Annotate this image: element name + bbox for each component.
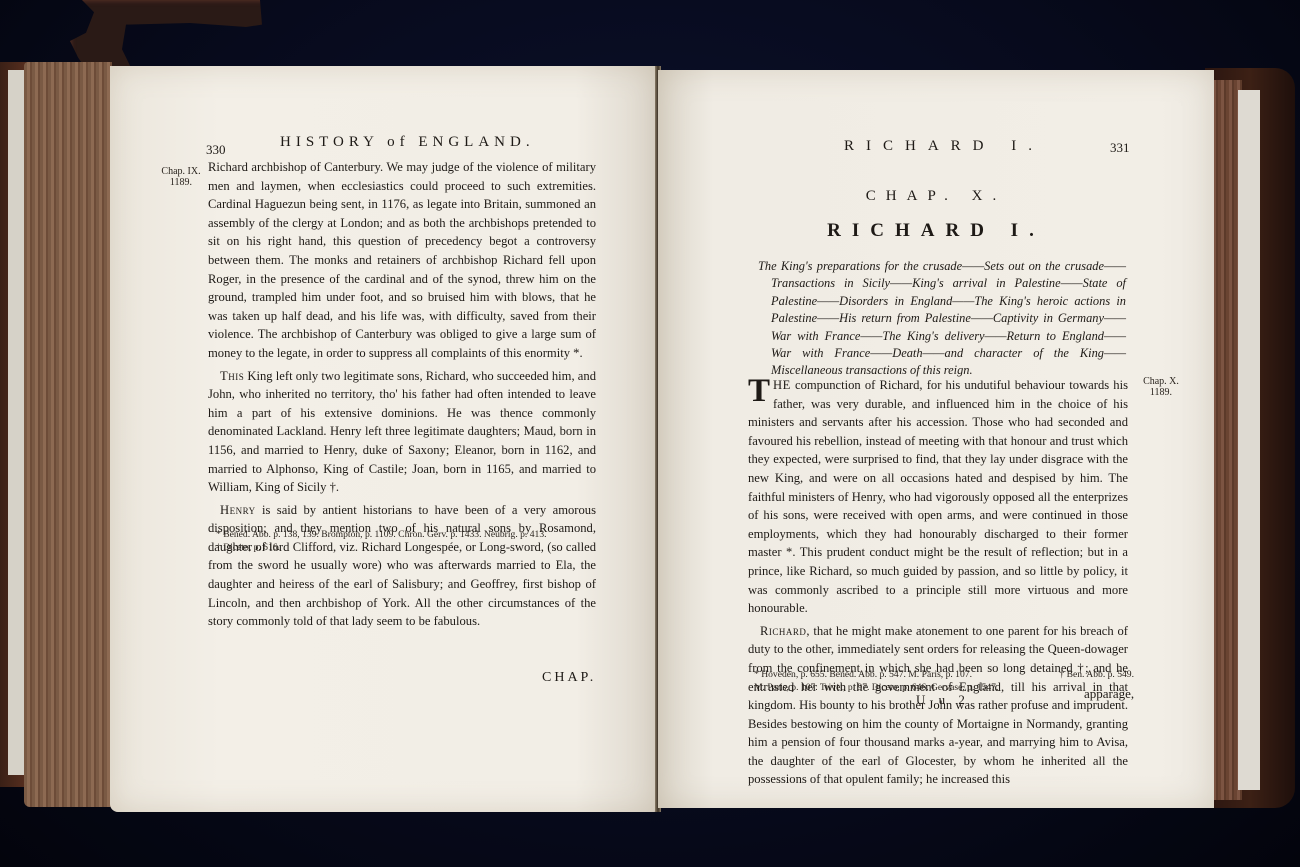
margin-note: Chap. IX. 1189.	[156, 166, 206, 188]
paragraph-lead: Richard	[760, 624, 806, 638]
margin-note: Chap. X. 1189.	[1136, 376, 1186, 398]
footnote: * Hoveden, p. 655. Bened. Abb. p. 547. M…	[754, 668, 972, 681]
signature-mark: U u 2	[916, 692, 970, 708]
body-text: THE compunction of Richard, for his undu…	[748, 376, 1128, 789]
page-number: 331	[1110, 140, 1130, 156]
running-head: RICHARD I.	[844, 138, 1044, 155]
footnotes: * Bened. Abb. p. 138, 139. Brompton, p. …	[216, 528, 601, 554]
paragraph-text: is said by antient historians to have be…	[208, 503, 596, 629]
margin-year: 1189.	[1136, 387, 1186, 398]
left-page-edges	[24, 62, 112, 807]
paragraph: THE compunction of Richard, for his undu…	[748, 376, 1128, 618]
paragraph-text: Richard archbishop of Canterbury. We may…	[208, 160, 596, 360]
running-head: HISTORY of ENGLAND.	[280, 134, 535, 151]
right-endpaper	[1238, 90, 1260, 790]
margin-chapter: Chap. IX.	[156, 166, 206, 177]
catchword: apparage,	[1084, 686, 1134, 702]
chapter-heading: CHAP. X.	[658, 188, 1214, 205]
paragraph-lead: This	[220, 369, 244, 383]
paragraph: Henry is said by antient historians to h…	[208, 501, 596, 631]
chapter-summary: The King's preparations for the crusade—…	[758, 258, 1126, 380]
paragraph-text: compunction of Richard, for his undutifu…	[748, 378, 1128, 615]
margin-year: 1189.	[156, 177, 206, 188]
footnote: † Diceto, p. 616.	[216, 541, 601, 554]
page-number: 330	[206, 142, 226, 158]
paragraph-text: King left only two legitimate sons, Rich…	[208, 369, 596, 495]
paragraph: This King left only two legitimate sons,…	[208, 367, 596, 497]
footnotes: * Hoveden, p. 655. Bened. Abb. p. 547. M…	[754, 668, 1134, 694]
summary-text: The King's preparations for the crusade—…	[758, 258, 1126, 380]
right-page: RICHARD I. 331 CHAP. X. RICHARD I. The K…	[658, 70, 1214, 808]
footnote: * Bened. Abb. p. 138, 139. Brompton, p. …	[216, 528, 601, 541]
footnote-row: * Hoveden, p. 655. Bened. Abb. p. 547. M…	[754, 668, 1134, 681]
paragraph-lead: HE	[773, 378, 791, 392]
body-text: Richard archbishop of Canterbury. We may…	[208, 158, 596, 631]
paragraph-lead: Henry	[220, 503, 256, 517]
catchword: CHAP.	[542, 670, 596, 686]
chapter-title: RICHARD I.	[658, 220, 1214, 242]
paragraph: Richard archbishop of Canterbury. We may…	[208, 158, 596, 363]
footnote: † Ben. Abb. p. 549.	[1059, 668, 1134, 681]
left-page: 330 HISTORY of ENGLAND. Chap. IX. 1189. …	[110, 66, 658, 812]
margin-chapter: Chap. X.	[1136, 376, 1186, 387]
drop-cap: T	[748, 377, 770, 405]
